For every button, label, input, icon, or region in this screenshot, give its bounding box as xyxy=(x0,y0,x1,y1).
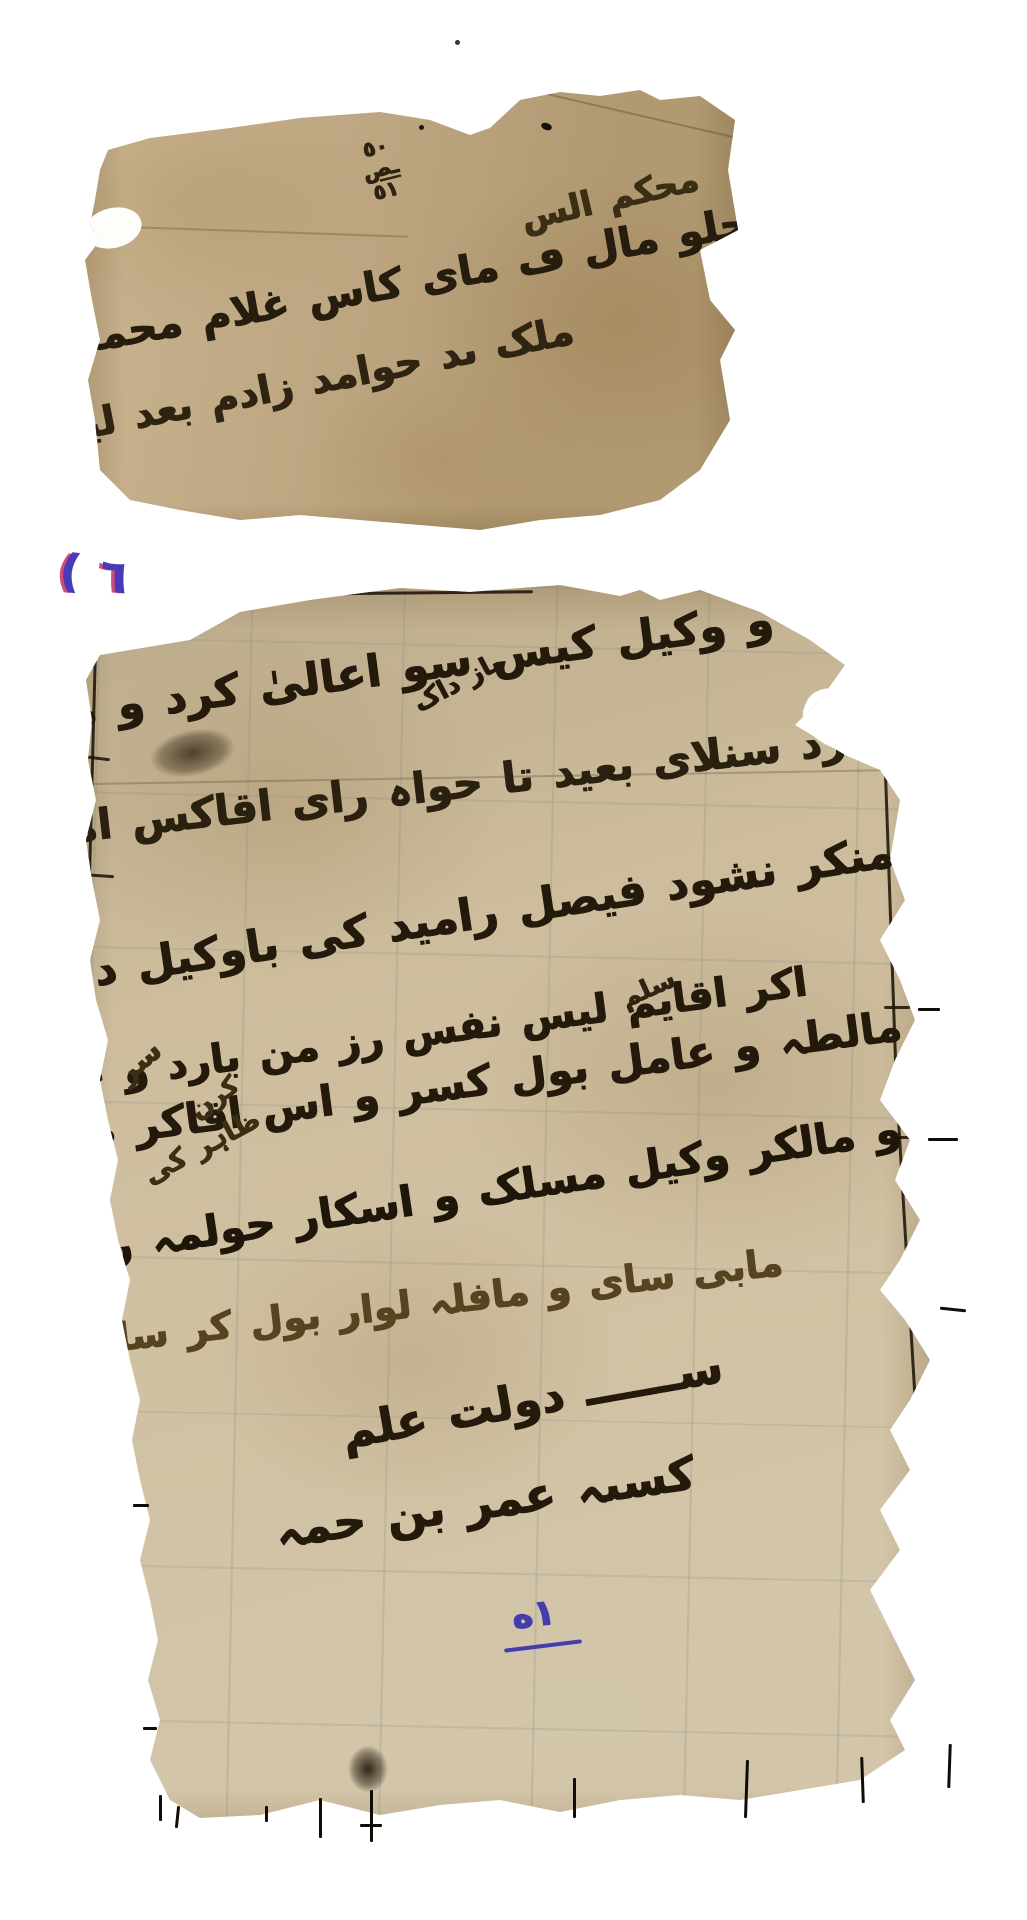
frame-tick xyxy=(906,1304,940,1311)
paper-fragment-top: ٥٠ ـص ٥١ محکم الس حلو مال ڡ مای کاس غلام… xyxy=(78,62,740,532)
paper-main-page: همل و وکیل کیس سو اعالیٰ کرد و مضای باز … xyxy=(60,580,935,1838)
border-tick xyxy=(143,1727,157,1730)
folio-annotation: ٥٠ ـص ٥١ xyxy=(326,125,434,212)
border-tick-crossbar xyxy=(360,1824,382,1827)
border-tick xyxy=(918,1008,940,1011)
crease-line xyxy=(471,76,735,139)
border-tick xyxy=(319,1798,322,1838)
ink-speck xyxy=(419,125,424,130)
manuscript-line: حلو مال ڡ مای کاس غلام محمد جان xyxy=(134,200,752,350)
signature-line: كسىہ عمر بن حمہ xyxy=(259,1447,711,1557)
ink-speck xyxy=(455,40,460,45)
border-tick xyxy=(370,1790,373,1842)
manuscript-scan: ٥٠ ـص ٥١ محکم الس حلو مال ڡ مای کاس غلام… xyxy=(0,0,1027,1920)
blue-ink-number: ١ه xyxy=(510,1594,557,1636)
border-tick xyxy=(928,1138,958,1141)
ink-smudge xyxy=(340,1736,396,1802)
frame-tick xyxy=(78,873,114,879)
border-tick xyxy=(175,1806,180,1828)
border-tick xyxy=(159,1795,162,1821)
border-tick xyxy=(133,1504,149,1507)
border-tick xyxy=(573,1778,576,1818)
margin-number-stamp: ( ٦ xyxy=(57,548,129,602)
tear-hole xyxy=(80,202,146,255)
border-tick xyxy=(265,1806,268,1822)
frame-tick xyxy=(74,638,106,641)
border-tick xyxy=(940,1307,966,1313)
blue-ink-underline xyxy=(504,1639,582,1652)
manuscript-line: همل و وکیل کیس سو اعالیٰ کرد و مضای xyxy=(115,581,894,729)
signature-line: ســــــ دولت علم xyxy=(321,1339,743,1459)
border-tick xyxy=(947,1744,952,1788)
frame-top-rule xyxy=(188,590,533,597)
frame-top-rule xyxy=(658,583,833,595)
manuscript-line: مابی سای و مافلہ لوار بول کر سلامید للکر xyxy=(95,1243,785,1361)
